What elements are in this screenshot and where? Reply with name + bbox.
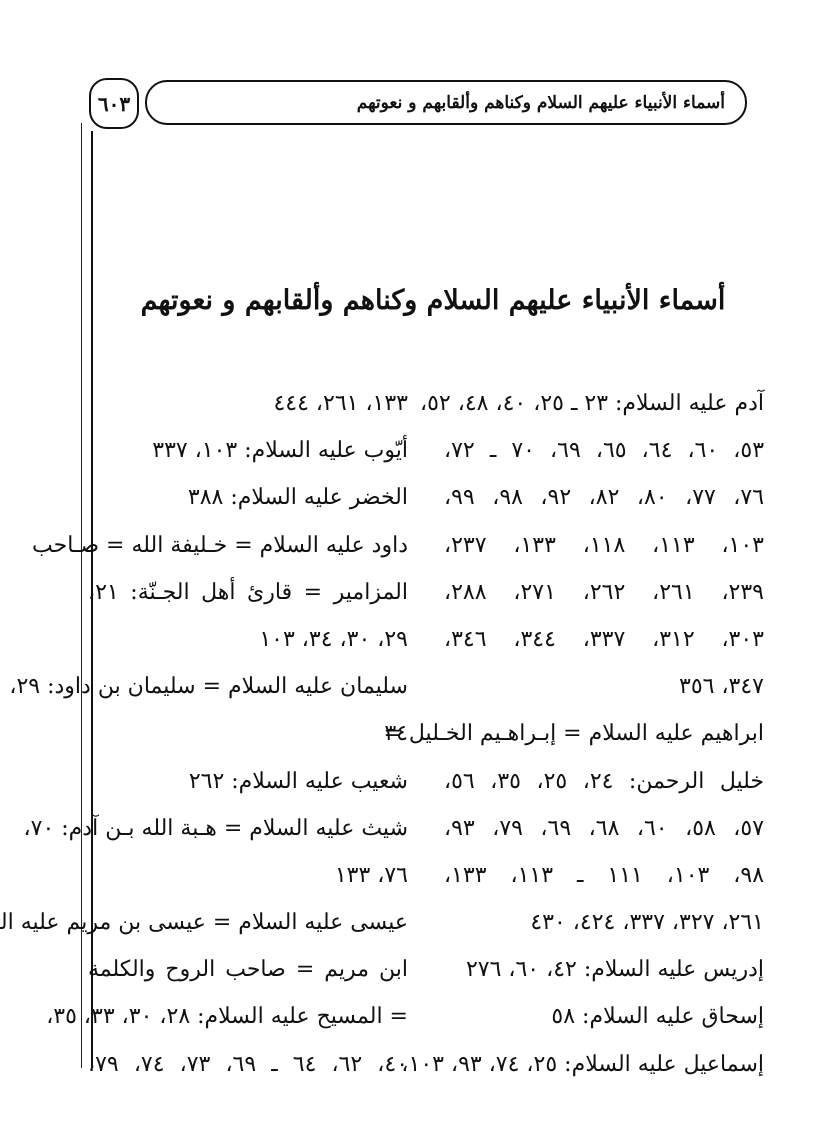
page-title: أسماء الأنبياء عليهم السلام وكناهم وألقا…: [100, 285, 766, 316]
index-line: إدريس عليه السلام: ٤٢، ٦٠، ٢٧٦: [444, 946, 764, 993]
index-line: إسماعيل عليه السلام: ٢٥، ٧٤، ٩٣، ١٠٣،: [444, 1041, 764, 1088]
running-title: أسماء الأنبياء عليهم السلام وكناهم وألقا…: [357, 93, 725, 113]
index-line: ٣٤٧، ٣٥٦: [444, 663, 764, 710]
index-line: آدم عليه السلام: ٢٣ ـ ٢٥، ٤٠، ٤٨، ٥٢،: [444, 380, 764, 427]
index-line: أيّوب عليه السلام: ١٠٣، ٣٣٧: [88, 427, 408, 474]
index-line: ٢٣٩، ٢٦١، ٢٦٢، ٢٧١، ٢٨٨،: [444, 569, 764, 616]
index-line: داود عليه السلام = خـليفة الله = صـاحب: [88, 522, 408, 569]
index-line: ابراهيم عليه السلام = إبـراهـيم الخـليل …: [444, 710, 764, 757]
index-column-left: ١٣٣، ٢٦١، ٤٤٤ أيّوب عليه السلام: ١٠٣، ٣٣…: [88, 380, 408, 1088]
index-line: ٩٨، ١٠٣، ١١١ ـ ١١٣، ١٣٣،: [444, 852, 764, 899]
page-number: ٦٠٣: [89, 78, 139, 129]
index-line: ٣٤: [88, 710, 408, 757]
index-line: ٢٩، ٣٠، ٣٤، ١٠٣: [88, 616, 408, 663]
index-line: ابن مريم = صاحب الروح والكلمة: [88, 946, 408, 993]
index-line: ٥٣، ٦٠، ٦٤، ٦٥، ٦٩، ٧٠ ـ ٧٢،: [444, 427, 764, 474]
index-line: ٢٦١، ٣٢٧، ٣٣٧، ٤٢٤، ٤٣٠: [444, 899, 764, 946]
index-line: خليل الرحمن: ٢٤، ٢٥، ٣٥، ٥٦،: [444, 758, 764, 805]
index-line: ٧٦، ١٣٣: [88, 852, 408, 899]
index-line: ٧٦، ٧٧، ٨٠، ٨٢، ٩٢، ٩٨، ٩٩،: [444, 474, 764, 521]
index-line: الخضر عليه السلام: ٣٨٨: [88, 474, 408, 521]
running-header: أسماء الأنبياء عليهم السلام وكناهم وألقا…: [145, 80, 747, 125]
index-line: ١٠٣، ١١٣، ١١٨، ١٣٣، ٢٣٧،: [444, 522, 764, 569]
index-line: المزامير = قارئ أهل الجـنّة: ٢١،: [88, 569, 408, 616]
page-number-text: ٦٠٣: [98, 92, 130, 116]
index-line: ١٣٣، ٢٦١، ٤٤٤: [88, 380, 408, 427]
index-line: ٤٠، ٦٢، ٦٤ ـ ٦٩، ٧٣، ٧٤، ٧٩،: [88, 1041, 408, 1088]
index-line: ٥٧، ٥٨، ٦٠، ٦٨، ٦٩، ٧٩، ٩٣،: [444, 805, 764, 852]
index-line: = المسيح عليه السلام: ٢٨، ٣٠، ٣٣، ٣٥،: [88, 993, 408, 1040]
index-line: عيسى عليه السلام = عيسى بن مريم عليه الس…: [88, 899, 408, 946]
index-line: سليمان عليه السلام = سليمان بن داود: ٢٩،: [88, 663, 408, 710]
index-column-right: آدم عليه السلام: ٢٣ ـ ٢٥، ٤٠، ٤٨، ٥٢، ٥٣…: [444, 380, 764, 1088]
index-line: إسحاق عليه السلام: ٥٨: [444, 993, 764, 1040]
index-line: شيث عليه السلام = هـبة الله بـن آدم: ٧٠،: [88, 805, 408, 852]
index-line: ٣٠٣، ٣١٢، ٣٣٧، ٣٤٤، ٣٤٦،: [444, 616, 764, 663]
index-line: شعيب عليه السلام: ٢٦٢: [88, 758, 408, 805]
